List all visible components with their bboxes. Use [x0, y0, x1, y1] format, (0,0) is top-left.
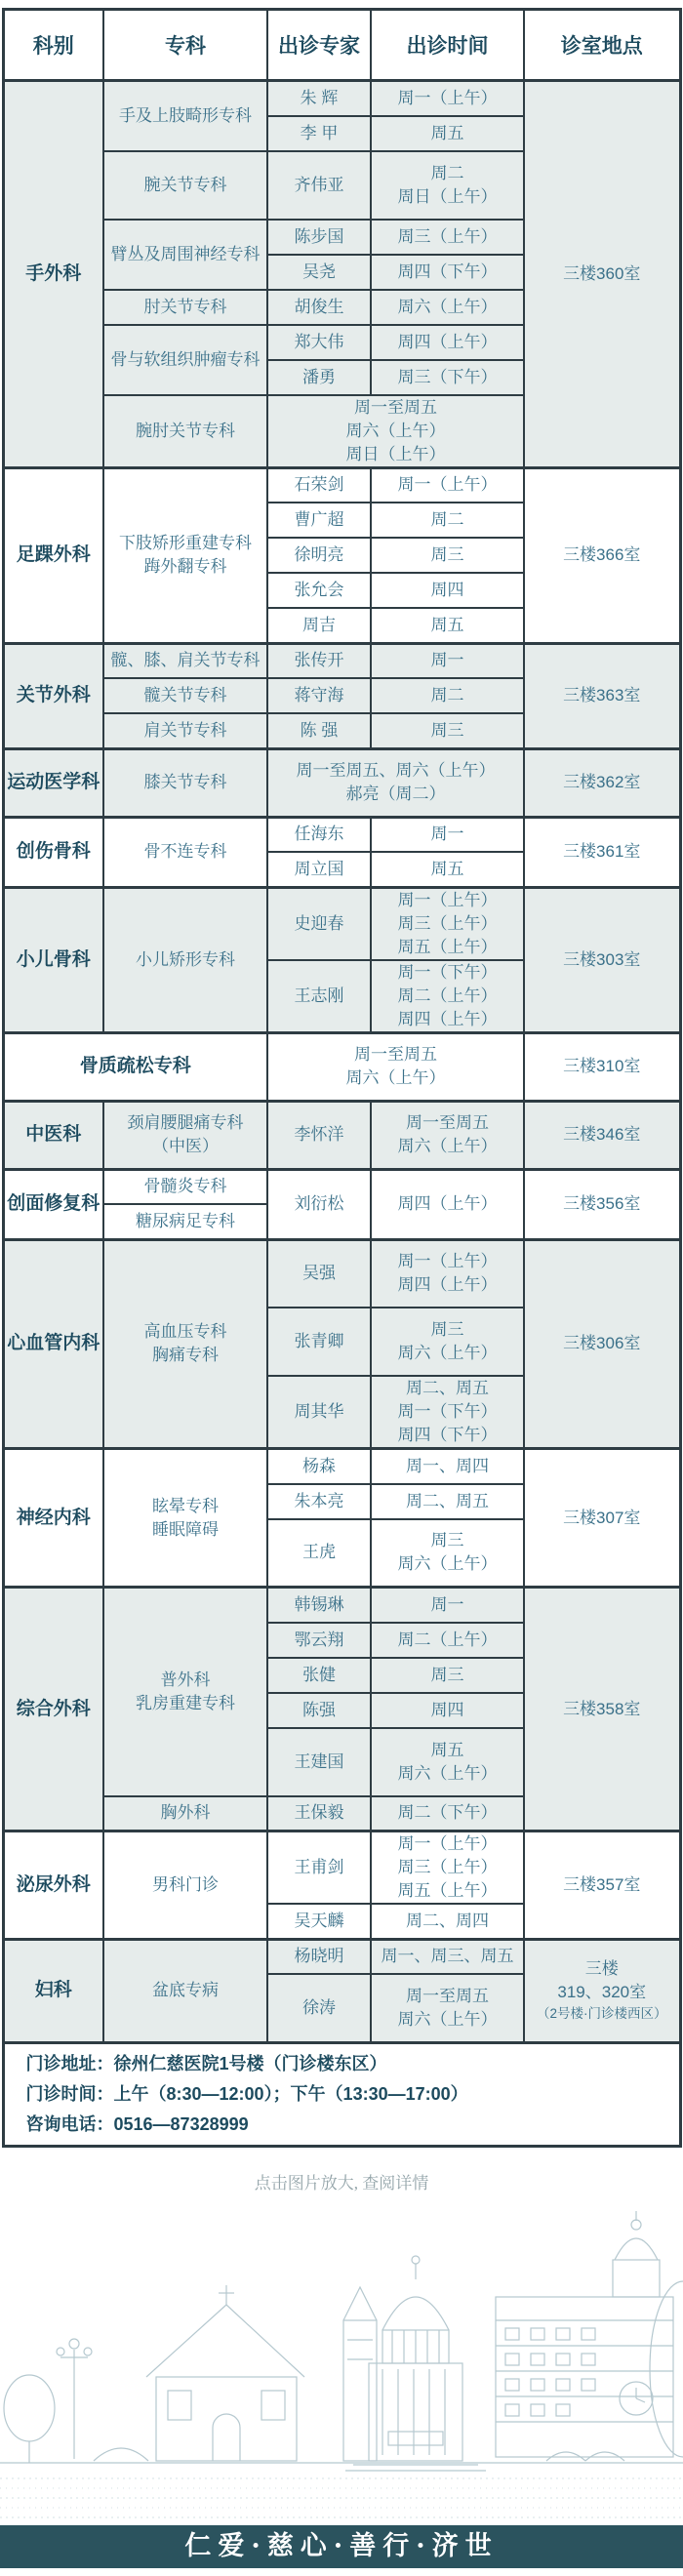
column-header-1: 专科: [103, 10, 267, 81]
cell-name: 吴天麟: [267, 1904, 371, 1939]
cell-name: 刘衍松: [267, 1169, 371, 1239]
cell-time: 周四: [371, 1693, 524, 1728]
cell-loc: 三楼356室: [524, 1169, 680, 1239]
cell-name: 郑大伟: [267, 325, 371, 360]
cell-dept: 运动医学科: [3, 748, 103, 817]
cell-time: 周二（上午）: [371, 1623, 524, 1658]
cell-spec: 男科门诊: [103, 1831, 267, 1940]
cell-name: 王甫剑: [267, 1831, 371, 1905]
cell-loc: 三楼361室: [524, 817, 680, 887]
cell-time: 周三: [371, 538, 524, 573]
cell-name: 吴强: [267, 1239, 371, 1308]
cell-loc: 三楼310室: [524, 1032, 680, 1101]
cell-name: 徐涛: [267, 1974, 371, 2042]
cell-time: 周一（上午）: [371, 81, 524, 116]
cell-time: 周四（上午）: [371, 325, 524, 360]
cell-name: 杨晓明: [267, 1939, 371, 1974]
cell-spec: 膝关节专科: [103, 748, 267, 817]
cell-time: 周五: [371, 608, 524, 643]
cell-name: 吴尧: [267, 255, 371, 290]
cell-name: 齐伟亚: [267, 151, 371, 220]
cell-time: 周三: [371, 713, 524, 748]
cell-time: 周二（下午）: [371, 1796, 524, 1831]
cell-name: 周其华: [267, 1376, 371, 1449]
cell-spec: 颈肩腰腿痛专科 （中医）: [103, 1101, 267, 1169]
cell-dept: 创面修复科: [3, 1169, 103, 1239]
cell-time: 周三（上午）: [371, 220, 524, 255]
cell-time: 周二、周四: [371, 1904, 524, 1939]
cell-dept: 泌尿外科: [3, 1831, 103, 1940]
cell-time: 周四: [371, 573, 524, 608]
schedule-table[interactable]: 科别专科出诊专家出诊时间诊室地点 手外科手及上肢畸形专科朱 辉周一（上午）三楼3…: [2, 8, 682, 2148]
cell-loc: 三楼358室: [524, 1588, 680, 1831]
motto-banner: 仁爱·慈心·善行·济世: [0, 2525, 683, 2568]
cell-spec: 胸外科: [103, 1796, 267, 1831]
bottom-strip: [0, 2568, 683, 2576]
cell-time: 周一至周五 周六（上午）: [371, 1974, 524, 2042]
cell-loc: 三楼 319、320室（2号楼·门诊楼西区）: [524, 1939, 680, 2042]
cell-spec: 骨髓炎专科: [103, 1169, 267, 1204]
column-header-3: 出诊时间: [371, 10, 524, 81]
cell-name: 朱 辉: [267, 81, 371, 116]
cell-time: 周三 周六（上午）: [371, 1519, 524, 1588]
table-row: 神经内科眩晕专科 睡眠障碍杨森周一、周四三楼307室: [3, 1449, 680, 1484]
click-to-enlarge-caption: 点击图片放大, 查阅详情: [0, 2169, 683, 2194]
cell-time: 周一、周四: [371, 1449, 524, 1484]
cell-spec: 腕肘关节专科: [103, 395, 267, 468]
schedule-table-body: 手外科手及上肢畸形专科朱 辉周一（上午）三楼360室李 甲周五腕关节专科齐伟亚周…: [3, 81, 680, 2147]
cell-name: 陈 强: [267, 713, 371, 748]
cell-name: 潘勇: [267, 360, 371, 395]
cell-time: 周一（下午） 周二（上午） 周四（上午）: [371, 960, 524, 1033]
cell-time: 周一（上午） 周三（上午） 周五（上午）: [371, 887, 524, 960]
cell-time: 周六（上午）: [371, 290, 524, 325]
cell-time: 周二: [371, 678, 524, 713]
cell-loc: 三楼366室: [524, 467, 680, 643]
cell-spec: 肩关节专科: [103, 713, 267, 748]
table-row: 综合外科普外科 乳房重建专科韩锡琳周一三楼358室: [3, 1588, 680, 1623]
cell-sub-text: （2号楼·门诊楼西区）: [527, 2004, 677, 2024]
cell-spec: 骨不连专科: [103, 817, 267, 887]
cell-name: 王建国: [267, 1728, 371, 1796]
cell-time: 周五: [371, 852, 524, 887]
cell-name: 李怀洋: [267, 1101, 371, 1169]
cell-time: 周二、周五: [371, 1484, 524, 1519]
cell-spec: 手及上肢畸形专科: [103, 81, 267, 151]
cell-spec: 高血压专科 胸痛专科: [103, 1239, 267, 1449]
cell-time: 周四（上午）: [371, 1169, 524, 1239]
cell-name: 王保毅: [267, 1796, 371, 1831]
cell-time: 周三: [371, 1658, 524, 1693]
table-row: 创伤骨科骨不连专科任海东周一三楼361室: [3, 817, 680, 852]
cell-name: 陈强: [267, 1693, 371, 1728]
cell-dept: 综合外科: [3, 1588, 103, 1831]
page: 科别专科出诊专家出诊时间诊室地点 手外科手及上肢畸形专科朱 辉周一（上午）三楼3…: [0, 0, 683, 2576]
cell-time: 周一至周五 周六（上午） 周日（上午）: [267, 395, 524, 468]
table-row: 运动医学科膝关节专科周一至周五、周六（上午） 郝亮（周二）三楼362室: [3, 748, 680, 817]
cell-time: 周四（下午）: [371, 255, 524, 290]
cell-name: 史迎春: [267, 887, 371, 960]
cell-name: 张健: [267, 1658, 371, 1693]
cell-spec: 臂丛及周围神经专科: [103, 220, 267, 290]
cell-time: 周二: [371, 503, 524, 538]
cell-dept: 中医科: [3, 1101, 103, 1169]
cell-dept: 妇科: [3, 1939, 103, 2042]
cell-name: 鄂云翔: [267, 1623, 371, 1658]
cell-time: 周一: [371, 817, 524, 852]
cell-name: 曹广超: [267, 503, 371, 538]
cell-time: 周三 周六（上午）: [371, 1308, 524, 1376]
cell-spec: 普外科 乳房重建专科: [103, 1588, 267, 1796]
cell-dept: 心血管内科: [3, 1239, 103, 1449]
cell-dept: 关节外科: [3, 643, 103, 748]
cell-name: 王志刚: [267, 960, 371, 1033]
cell-spec: 糖尿病足专科: [103, 1204, 267, 1239]
cell-loc: 三楼306室: [524, 1239, 680, 1449]
table-row: 泌尿外科男科门诊王甫剑周一（上午） 周三（上午） 周五（上午）三楼357室: [3, 1831, 680, 1905]
cell-name: 胡俊生: [267, 290, 371, 325]
table-row: 小儿骨科小儿矫形专科史迎春周一（上午） 周三（上午） 周五（上午）三楼303室: [3, 887, 680, 960]
cell-name: 韩锡琳: [267, 1588, 371, 1623]
table-row: 关节外科髋、膝、肩关节专科张传开周一三楼363室: [3, 643, 680, 678]
cell-spec: 髋、膝、肩关节专科: [103, 643, 267, 678]
cell-name: 蒋守海: [267, 678, 371, 713]
cell-spec: 髋关节专科: [103, 678, 267, 713]
cell-spec: 眩晕专科 睡眠障碍: [103, 1449, 267, 1588]
cell-loc: 三楼360室: [524, 81, 680, 468]
cell-name: 杨森: [267, 1449, 371, 1484]
table-row: 妇科盆底专病杨晓明周一、周三、周五三楼 319、320室（2号楼·门诊楼西区）: [3, 1939, 680, 1974]
column-header-4: 诊室地点: [524, 10, 680, 81]
cell-name: 张传开: [267, 643, 371, 678]
cell-time: 周一至周五 周六（上午）: [371, 1101, 524, 1169]
cell-name: 石荣剑: [267, 467, 371, 503]
column-header-0: 科别: [3, 10, 103, 81]
cell-dept: 足踝外科: [3, 467, 103, 643]
table-row: 中医科颈肩腰腿痛专科 （中医）李怀洋周一至周五 周六（上午）三楼346室: [3, 1101, 680, 1169]
cell-spec: 肘关节专科: [103, 290, 267, 325]
cell-name: 张青卿: [267, 1308, 371, 1376]
cell-time: 周一、周三、周五: [371, 1939, 524, 1974]
cell-spec: 盆底专病: [103, 1939, 267, 2042]
cell-name: 王虎: [267, 1519, 371, 1588]
cell-spec: 腕关节专科: [103, 151, 267, 220]
cell-name: 徐明亮: [267, 538, 371, 573]
cell-time: 周二 周日（上午）: [371, 151, 524, 220]
schedule-table-header: 科别专科出诊专家出诊时间诊室地点: [3, 10, 680, 81]
cell-time: 周一: [371, 643, 524, 678]
cell-loc: 三楼363室: [524, 643, 680, 748]
motto-text: 仁爱·慈心·善行·济世: [184, 2531, 498, 2561]
cell-name: 陈步国: [267, 220, 371, 255]
cell-time: 周一至周五、周六（上午） 郝亮（周二）: [267, 748, 524, 817]
cell-spec: 小儿矫形专科: [103, 887, 267, 1032]
table-row: 足踝外科下肢矫形重建专科 踇外翻专科石荣剑周一（上午）三楼366室: [3, 467, 680, 503]
cell-spec: 骨与软组织肿瘤专科: [103, 325, 267, 395]
cell-loc: 三楼346室: [524, 1101, 680, 1169]
cell-loc: 三楼357室: [524, 1831, 680, 1940]
cell-time: 周三（下午）: [371, 360, 524, 395]
cell-time: 周二、周五 周一（下午） 周四（下午）: [371, 1376, 524, 1449]
cell-time: 周一（上午） 周四（上午）: [371, 1239, 524, 1308]
table-row: 门诊地址：徐州仁慈医院1号楼（门诊楼东区） 门诊时间：上午（8:30—12:00…: [3, 2042, 680, 2146]
table-row: 骨质疏松专科周一至周五 周六（上午）三楼310室: [3, 1032, 680, 1101]
hospital-building-sketch: [0, 2203, 683, 2525]
cell-name: 周立国: [267, 852, 371, 887]
column-header-2: 出诊专家: [267, 10, 371, 81]
cell-dept: 小儿骨科: [3, 887, 103, 1032]
cell-name: 李 甲: [267, 116, 371, 151]
cell-dept: 骨质疏松专科: [3, 1032, 267, 1101]
cell-time: 周一（上午）: [371, 467, 524, 503]
cell-loc: 三楼303室: [524, 887, 680, 1032]
cell-time: 周一（上午） 周三（上午） 周五（上午）: [371, 1831, 524, 1905]
cell-spec: 下肢矫形重建专科 踇外翻专科: [103, 467, 267, 643]
cell-time: 周一至周五 周六（上午）: [267, 1032, 524, 1101]
cell-name: 任海东: [267, 817, 371, 852]
table-row: 创面修复科骨髓炎专科刘衍松周四（上午）三楼356室: [3, 1169, 680, 1204]
cell-time: 周一: [371, 1588, 524, 1623]
cell-time: 周五: [371, 116, 524, 151]
cell-loc: 三楼362室: [524, 748, 680, 817]
cell-name: 张允会: [267, 573, 371, 608]
cell-notes: 门诊地址：徐州仁慈医院1号楼（门诊楼东区） 门诊时间：上午（8:30—12:00…: [3, 2042, 680, 2146]
cell-time: 周五 周六（上午）: [371, 1728, 524, 1796]
cell-dept: 创伤骨科: [3, 817, 103, 887]
cell-name: 朱本亮: [267, 1484, 371, 1519]
cell-loc: 三楼307室: [524, 1449, 680, 1588]
table-row: 心血管内科高血压专科 胸痛专科吴强周一（上午） 周四（上午）三楼306室: [3, 1239, 680, 1308]
table-row: 手外科手及上肢畸形专科朱 辉周一（上午）三楼360室: [3, 81, 680, 116]
cell-name: 周吉: [267, 608, 371, 643]
cell-dept: 手外科: [3, 81, 103, 468]
cell-dept: 神经内科: [3, 1449, 103, 1588]
